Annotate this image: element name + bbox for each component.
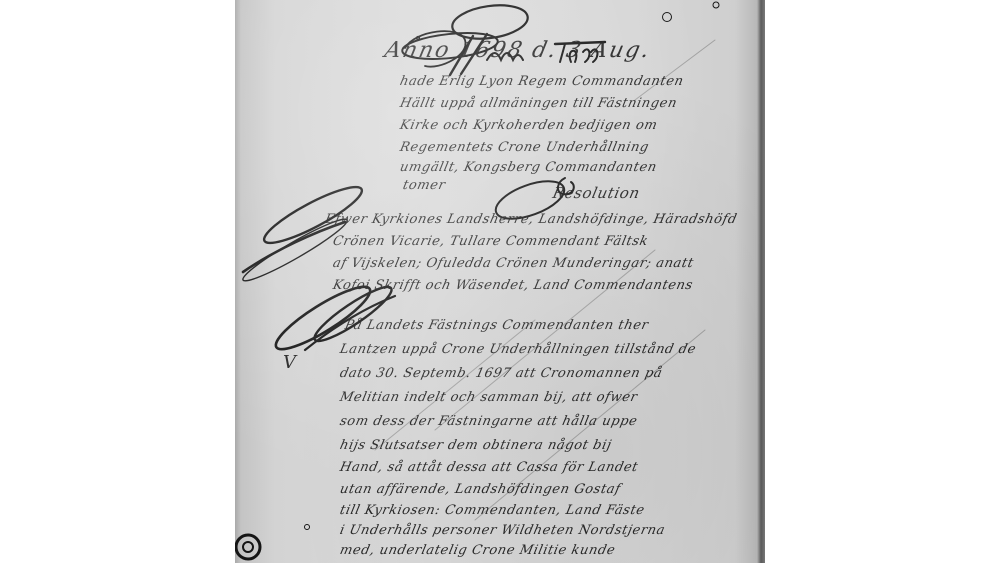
entry-1-line-4: Kirke och Kyrkoherden bedjigen om (398, 118, 659, 133)
entry-1-line-2: hade Erlig Lyon Regem Commandanten (398, 74, 685, 89)
entry-1-line-6: umgällt, Kongsberg Commandanten (398, 160, 658, 175)
entry-3-line-10: i Underhålls personer Wildheten Nordstje… (338, 523, 666, 538)
entry-3-line-6: hijs Slutsatser dem obtinera något bij (338, 438, 613, 453)
entry-3-line-5: som dess der Fästningarne att hålla uppe (338, 414, 639, 429)
entry-2-line-4: Kofoi Skrifft och Wäsendet, Land Commend… (331, 278, 694, 293)
entry-3-line-8: utan affärende, Landshöfdingen Gostaf (338, 482, 622, 497)
entry-3-line-11: med, underlatelig Crone Militie kunde (338, 543, 616, 558)
entry-2-line-2: Crönen Vicarie, Tullare Commendant Fälts… (331, 234, 649, 249)
entry-3-line-4: Melitian indelt och samman bij, att ofwe… (338, 390, 639, 405)
manuscript-page: Anno 1698 d. 3 Aug. hade Erlig Lyon Rege… (235, 0, 765, 563)
heading-text: Anno 1698 d. 3 Aug. (382, 38, 653, 63)
entry-1-line-5: Regementets Crone Underhållning (398, 140, 650, 155)
section-heading: Resolution (551, 184, 642, 202)
entry-1-line-7: tomer (401, 178, 446, 193)
corner-stamp (236, 525, 310, 560)
entry-3-line-1: På Landets Fästnings Commendanten ther (343, 318, 650, 333)
entry-3-line-7: Hand, så attåt dessa att Cassa för Lande… (338, 460, 639, 475)
entry-3-line-2: Lantzen uppå Crone Underhållningen tills… (338, 342, 697, 357)
entry-3-line-9: till Kyrkiosen: Commendanten, Land Fäste (338, 503, 646, 518)
entry-1-line-3: Hällt uppå allmäningen till Fästningen (398, 96, 678, 111)
entry-2-line-1: Efwer Kyrkiones Landsherre, Landshöfding… (323, 212, 738, 227)
margin-mark-v: V (283, 352, 296, 373)
entry-3-line-3: dato 30. Septemb. 1697 att Cronomannen p… (338, 366, 663, 381)
entry-2-line-3: af Vijskelen; Ofuledda Crönen Munderinga… (331, 256, 695, 271)
